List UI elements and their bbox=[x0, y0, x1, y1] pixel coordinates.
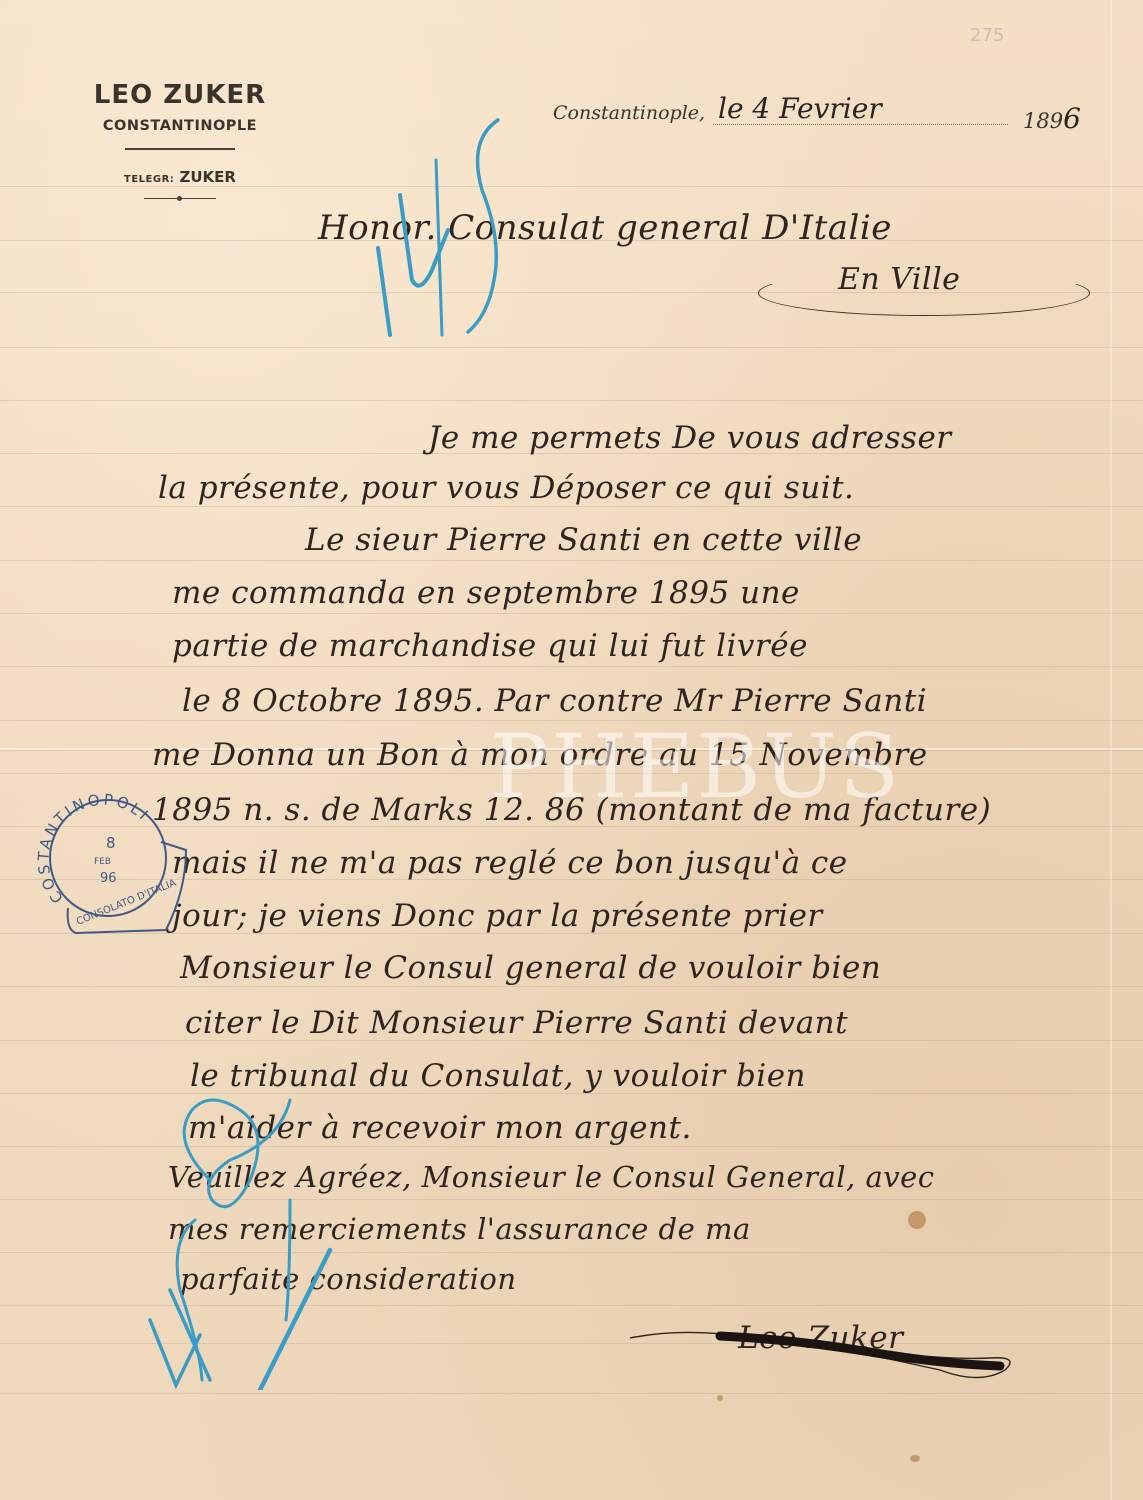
letterhead: LEO ZUKER CONSTANTINOPLE TELEGR: ZUKER bbox=[62, 80, 298, 199]
body-line: partie de marchandise qui lui fut livrée bbox=[172, 628, 808, 664]
ink-stain bbox=[908, 1211, 926, 1229]
telegraph-label: TELEGR: bbox=[124, 174, 174, 185]
body-line: Monsieur le Consul general de vouloir bi… bbox=[180, 950, 881, 986]
letterhead-name: LEO ZUKER bbox=[62, 80, 298, 110]
body-line: Je me permets De vous adresser bbox=[428, 420, 952, 456]
letterhead-telegraph: TELEGR: ZUKER bbox=[62, 168, 298, 186]
blue-pencil-annotation-top bbox=[370, 100, 550, 340]
body-line: jour; je viens Donc par la présente prie… bbox=[172, 898, 823, 934]
ink-stain bbox=[717, 1395, 723, 1401]
signature-flourish bbox=[620, 1330, 1040, 1390]
stamp-ring-text: COSTANTINOPOLI bbox=[36, 791, 154, 907]
ornament-divider bbox=[125, 148, 235, 150]
body-line: citer le Dit Monsieur Pierre Santi devan… bbox=[185, 1005, 848, 1041]
body-line: mais il ne m'a pas reglé ce bon jusqu'à … bbox=[172, 845, 848, 881]
stamp-year: 96 bbox=[100, 871, 117, 886]
letterhead-city: CONSTANTINOPLE bbox=[62, 118, 298, 134]
dateline-year: 1896 bbox=[1023, 102, 1081, 135]
archive-number: 275 bbox=[970, 25, 1004, 46]
watermark: PHEBUS bbox=[490, 715, 901, 818]
body-line: me commanda en septembre 1895 une bbox=[172, 575, 800, 611]
dateline-date: le 4 Fevrier bbox=[718, 92, 882, 125]
body-line: Le sieur Pierre Santi en cette ville bbox=[305, 522, 862, 558]
body-line: la présente, pour vous Déposer ce qui su… bbox=[158, 470, 854, 506]
letter-page: 275 LEO ZUKER CONSTANTINOPLE TELEGR: ZUK… bbox=[0, 0, 1143, 1500]
stamp-day: 8 bbox=[106, 834, 116, 852]
body-line: le 8 Octobre 1895. Par contre Mr Pierre … bbox=[182, 683, 927, 719]
ink-stain bbox=[910, 1455, 920, 1462]
stamp-banner: CONSOLATO D'ITALIA bbox=[75, 878, 178, 928]
stamp-month: FEB bbox=[94, 857, 111, 867]
dateline: Constantinople, le 4 Fevrier 1896 bbox=[553, 96, 1098, 136]
telegraph-value: ZUKER bbox=[180, 168, 236, 186]
address-flourish bbox=[758, 270, 1090, 316]
consulate-postmark-stamp: COSTANTINOPOLI 8 FEB 96 CONSOLATO D'ITAL… bbox=[36, 790, 196, 940]
blue-pencil-annotation-bottom bbox=[140, 1080, 340, 1390]
paper-fold-vertical bbox=[1110, 0, 1112, 1500]
dateline-place: Constantinople, bbox=[553, 102, 705, 124]
svg-text:COSTANTINOPOLI: COSTANTINOPOLI bbox=[36, 791, 154, 907]
ornament-divider-dot bbox=[144, 198, 216, 199]
